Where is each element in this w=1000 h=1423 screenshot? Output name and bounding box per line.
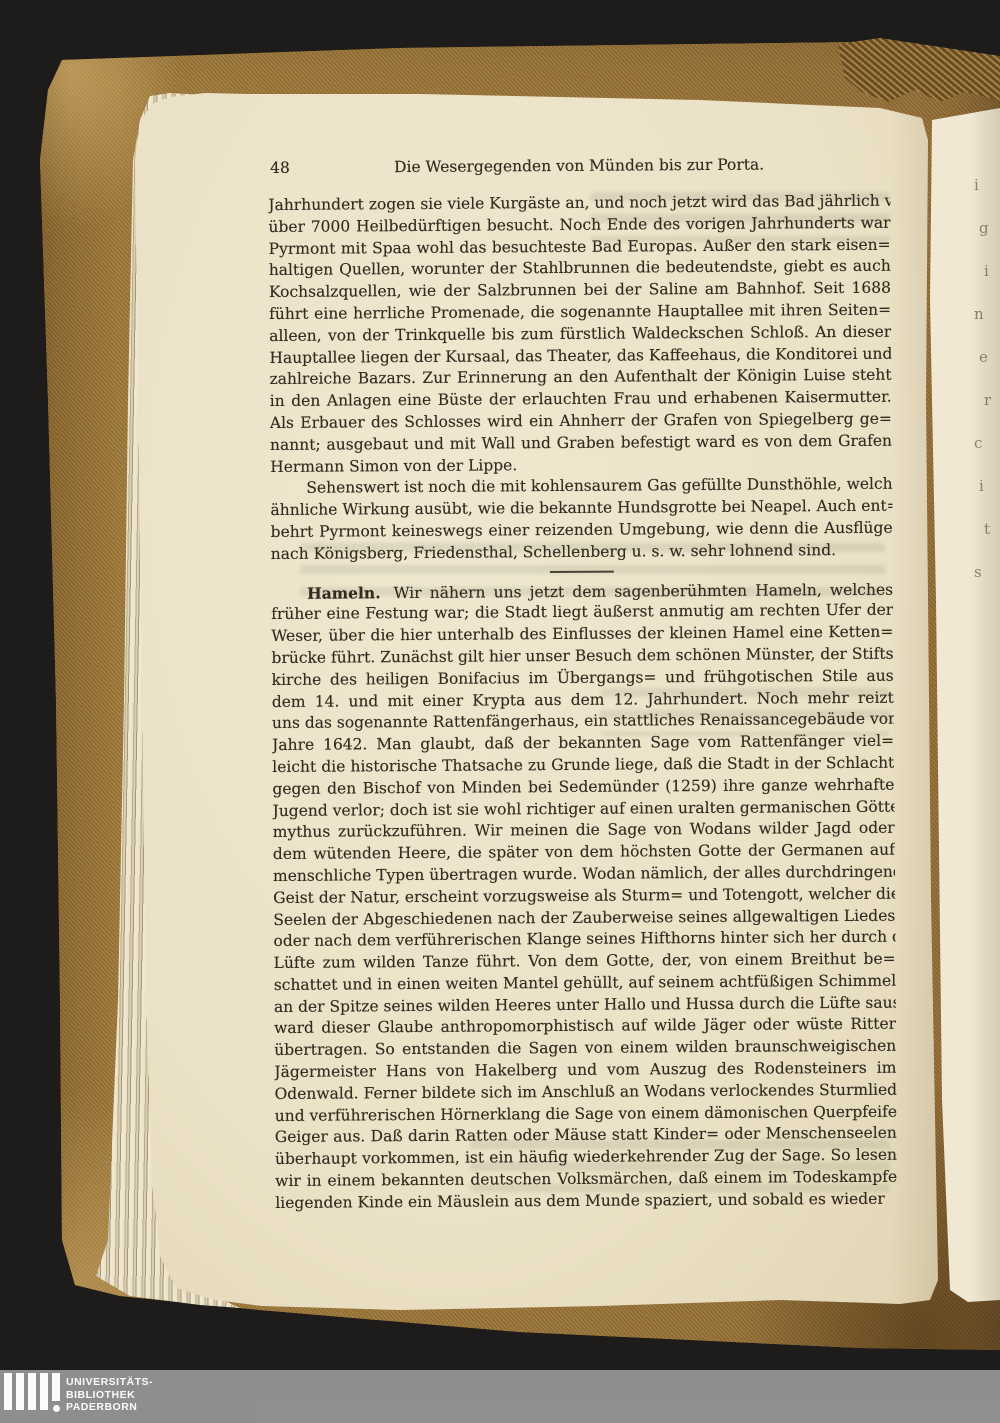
page-content: 48 Die Wesergegenden von Münden bis zur … — [268, 153, 897, 1215]
logo-bar — [16, 1373, 24, 1410]
logo-bar — [28, 1373, 36, 1410]
ub-paderborn-logo-icon — [4, 1373, 60, 1419]
text-fragment: i — [979, 477, 984, 495]
page-header: 48 Die Wesergegenden von Münden bis zur … — [268, 153, 890, 179]
watermark-text: UNIVERSITÄTS- BIBLIOTHEK PADERBORN — [66, 1376, 153, 1414]
text-fragment: e — [979, 348, 988, 366]
logo-bar — [40, 1373, 48, 1410]
library-watermark-bar: UNIVERSITÄTS- BIBLIOTHEK PADERBORN — [0, 1370, 1000, 1423]
divider-line — [550, 571, 614, 573]
logo-dot — [53, 1405, 60, 1412]
text-fragment: t — [984, 520, 990, 538]
paragraph-lead: Hameln. — [307, 583, 381, 603]
text-fragment: r — [984, 391, 991, 409]
paragraph: Hameln.Wir nähern uns jetzt dem sagenber… — [271, 578, 897, 1214]
text-fragment: g — [979, 219, 989, 237]
running-header: Die Wesergegenden von Münden bis zur Por… — [268, 153, 890, 179]
logo-bar — [4, 1373, 12, 1410]
text-fragment: i — [984, 262, 989, 280]
page-text: Jahrhundert zogen sie viele Kurgäste an,… — [268, 191, 897, 1215]
text-fragment: c — [974, 434, 982, 452]
page-number: 48 — [270, 157, 290, 179]
text-fragment: s — [974, 563, 982, 581]
watermark-line: UNIVERSITÄTS- — [66, 1376, 153, 1389]
text-line: nach Königsberg, Friedensthal, Schellenb… — [271, 539, 893, 565]
paragraph: Sehenswert ist noch die mit kohlensaurem… — [270, 474, 893, 566]
text-line: liegenden Kinde ein Mäuslein aus dem Mun… — [275, 1188, 897, 1214]
watermark-line: BIBLIOTHEK — [66, 1389, 153, 1402]
paragraph: Jahrhundert zogen sie viele Kurgäste an,… — [268, 191, 892, 479]
logo-bar — [52, 1373, 60, 1401]
text-fragment: i — [974, 176, 979, 194]
watermark-line: PADERBORN — [66, 1401, 153, 1414]
text-fragment: n — [974, 305, 984, 323]
logo-exclamation — [52, 1373, 60, 1412]
text-line: nannt; ausgebaut und mit Wall und Graben… — [270, 430, 892, 456]
